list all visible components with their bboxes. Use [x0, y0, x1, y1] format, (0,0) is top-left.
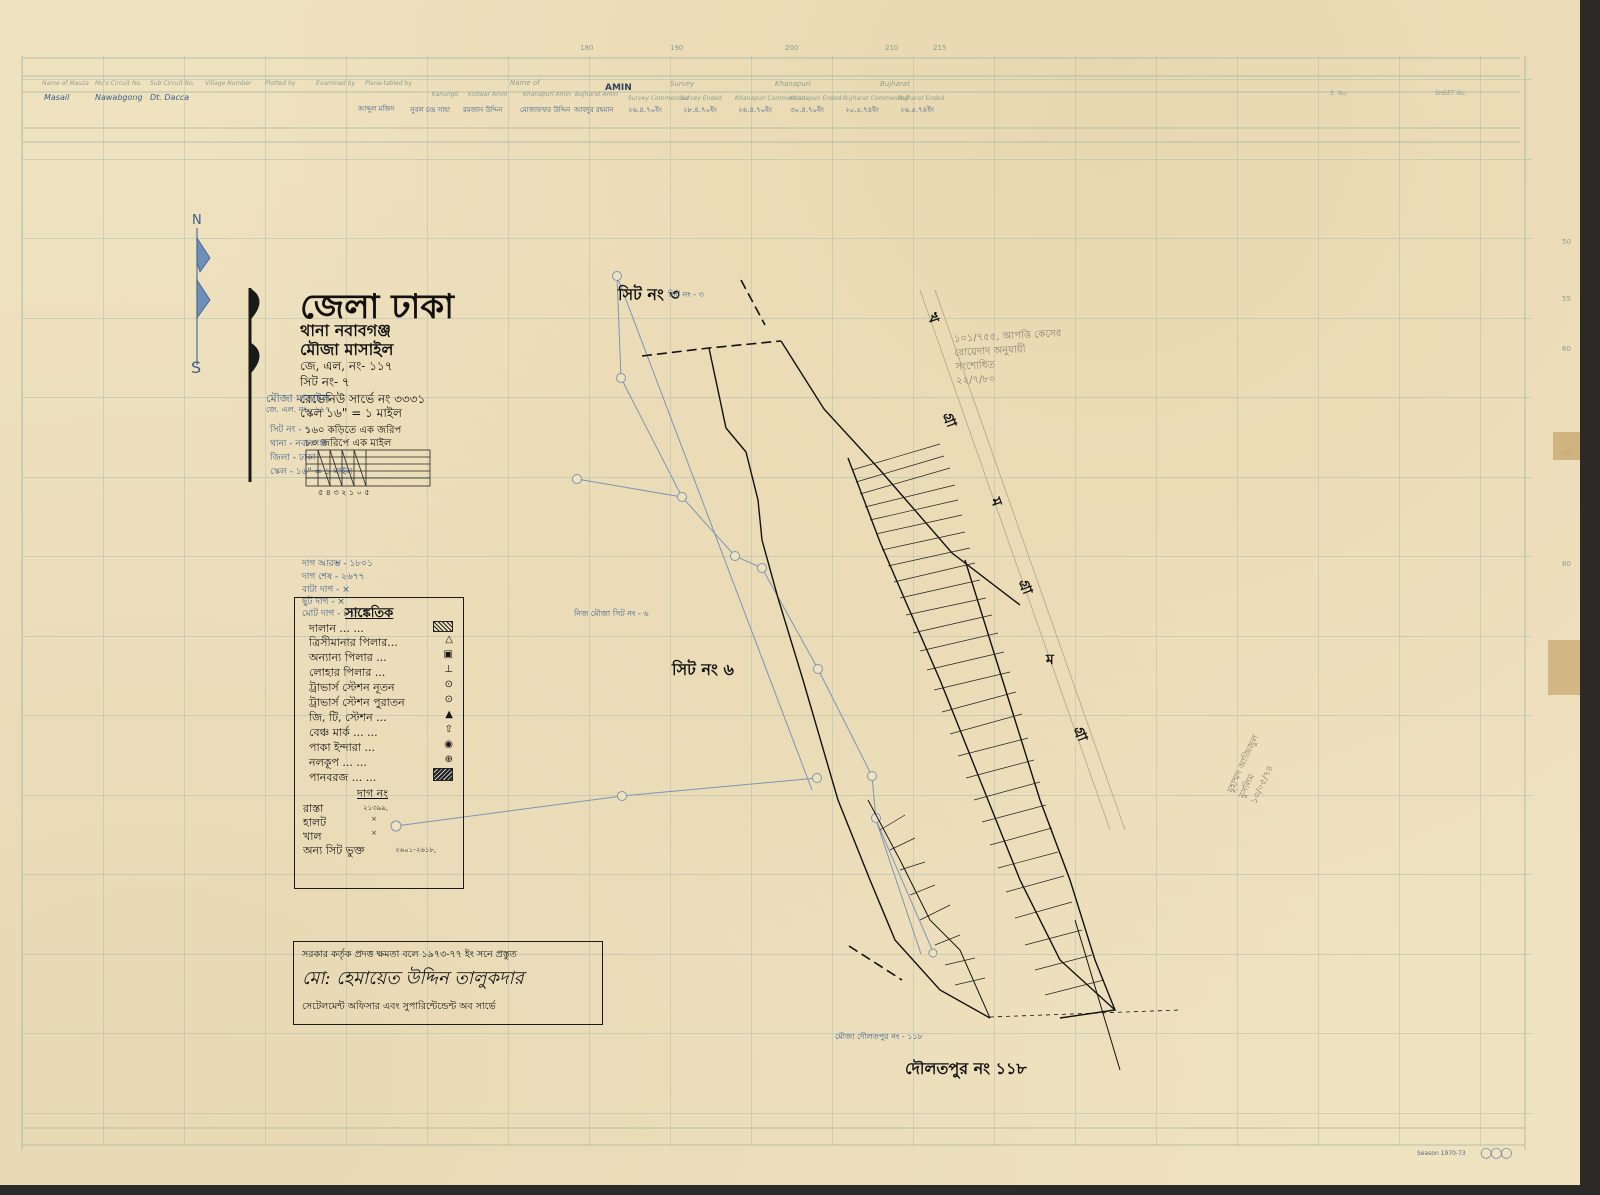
north-label: N	[192, 213, 202, 228]
iron-pillar-icon: ⊥	[444, 664, 453, 675]
bench-mark-icon: ⇧	[445, 724, 453, 735]
betel-garden-hatch-icon	[433, 768, 453, 784]
header-sheet-no: SHEET No.	[1435, 90, 1467, 97]
header-group-survey: Survey	[670, 80, 694, 88]
blue-note-sheet: সিট নং - ৭	[270, 422, 310, 437]
legend-label: পাকা ইন্দারা ...	[309, 741, 375, 754]
legend-label: ত্রিসীমানার পিলার...	[309, 636, 398, 649]
tape-patch	[1548, 640, 1580, 695]
header-bujharat-ended: Bujharat Ended	[898, 95, 944, 102]
header-amin-stamp: AMIN	[605, 83, 632, 93]
east-marker: ম	[1046, 648, 1054, 672]
legend-label: জি, টি, স্টেশন ...	[309, 711, 387, 724]
header-col-khanapuri-amin: Khanapuri Amin	[523, 91, 571, 98]
map-grid	[0, 0, 1580, 1185]
tape-patch	[1553, 432, 1580, 460]
legend-label: অন্যান্য পিলার ...	[309, 651, 387, 664]
header-col-mauza: Name of Mauza	[42, 80, 89, 87]
blue-note-thana: থানা - নবাবগঞ্জ	[270, 436, 327, 451]
value-bujharat-amin: আবদুর রহমান	[574, 104, 613, 116]
header-col-circuit: Mo's Circuit No.	[95, 80, 142, 87]
adjacent-sheet-6-blue: নিজ মৌজা সিট নং - ৬	[574, 608, 649, 621]
value-kistwar: রমজান উদ্দিন	[463, 104, 502, 116]
header-survey-ended: Survey Ended	[680, 95, 722, 102]
legend-label: ট্রাভার্স স্টেশন নূতন	[309, 681, 395, 694]
header-group-khanapuri: Khanapuri	[775, 80, 811, 88]
legend-label: নলকূপ ... ...	[309, 756, 367, 769]
traverse-station-new-icon: ⊙	[445, 679, 453, 690]
legend-box: সাঙ্কেতিক দালান ... ... ত্রিসীমানার পিলা…	[294, 597, 464, 889]
map-sheet: Name of Mauza Mo's Circuit No. Sub Circu…	[0, 0, 1580, 1185]
value-bujharat-commenced: ২০.৫.৭৪ইং	[845, 104, 879, 116]
gt-station-icon: ▲	[445, 709, 453, 720]
square-pillar-icon: ▣	[444, 649, 453, 660]
header-col-plotted: Plotted by	[265, 80, 295, 87]
south-label: S	[191, 358, 201, 377]
legend-label: ট্রাভার্স স্টেশন পুরাতন	[309, 696, 405, 709]
certificate-designation: সেটেলমেন্ট অফিসার এবং সুপারিন্টেন্ডেন্ট …	[302, 1000, 496, 1015]
certificate-line-1: সরকার কর্তৃক প্রদত্ত ক্ষমতা বলে ১৯৭৩-৭৭ …	[302, 948, 517, 963]
margin-number: 80	[1562, 560, 1571, 568]
header-col-village: Village Number	[205, 80, 251, 87]
traverse-station-old-icon: ⊙	[445, 694, 453, 705]
dag-item-other-sheet: অন্য সিট ভুক্ত	[303, 842, 365, 861]
dag-value-other-sheet: ২৬০১-২৬১৮,	[395, 844, 436, 856]
blue-note-jl: জে. এল. নং - ১১৭	[266, 404, 330, 417]
legend-label: পানবরজ ... ...	[309, 771, 376, 784]
top-number: 180	[580, 44, 593, 52]
adjacent-sheet-3-blue: সিট নং - ৩	[668, 289, 704, 302]
header-col-kistwar: Kistwar Amin	[468, 91, 507, 98]
value-khanapuri-ended: ৩০.৪.৭০ইং	[790, 104, 824, 116]
header-col-planetabled: Plane-tabled by	[365, 80, 412, 87]
margin-number: 50	[1562, 238, 1571, 246]
blue-note-district: জিলা - ঢাকা	[270, 450, 316, 465]
value-kanungo: সুবল চন্দ্র সাহা	[410, 104, 450, 116]
dag-label: অন্য সিট ভুক্ত	[303, 844, 365, 857]
header-group-bujharat: Bujharat	[880, 80, 910, 88]
header-col-examined: Examined by	[316, 80, 355, 87]
top-number: 190	[670, 44, 683, 52]
top-number: 215	[933, 44, 946, 52]
value-survey-commenced: ২৬.৪.৭০ইং	[628, 104, 662, 116]
blue-note-scale: স্কেল - ১৬" = ১ মাইল	[270, 464, 353, 479]
season-stamp: Season 1970-73	[1417, 1150, 1466, 1157]
header-s-no: S. No.	[1330, 90, 1348, 97]
header-col-subcircuit: Sub Circuit No.	[150, 80, 195, 87]
value-mauza: Masail	[44, 93, 69, 102]
adjacent-mauza-daulatpur-blue: মৌজা দৌলতপুর নং - ১১৮	[835, 1031, 923, 1044]
tubewell-icon: ⊕	[445, 754, 453, 765]
dag-value-road: ২১৩৯৯,	[363, 802, 388, 814]
value-survey-ended: ২৮.৪.৭০ইং	[683, 104, 717, 116]
value-circuit: Nawabgong	[95, 93, 143, 102]
dag-value-halot: ×	[371, 815, 377, 823]
value-planetabled: আব্দুল মজিদ	[358, 103, 394, 115]
header-khanapuri-ended: Khanapuri Ended	[790, 95, 841, 102]
pencil-correction-note: ১০১/৭৫৫, আপত্তি কেসের রোয়েদাদ অনুযায়ী …	[954, 327, 1064, 389]
legend-label: লোহার পিলার ...	[309, 666, 385, 679]
dag-value-canal: ×	[371, 829, 377, 837]
value-khanapuri-commenced: ২৬.৪.৭০ইং	[738, 104, 772, 116]
top-number: 210	[885, 44, 898, 52]
header-group-name-of: Name of	[510, 79, 540, 87]
certificate-signature: মো: হেমায়েত উদ্দিন তালুকদার	[302, 964, 524, 995]
triangle-pillar-icon: △	[445, 634, 453, 645]
margin-number: 60	[1562, 345, 1571, 353]
legend-label: বেঞ্চ মার্ক ... ...	[309, 726, 378, 739]
scale-bar-ticks: ৫ ৪ ৩ ২ ১ ০ ৫	[318, 487, 370, 500]
margin-number: 55	[1562, 295, 1571, 303]
top-number: 200	[785, 44, 798, 52]
pucca-well-icon: ◉	[444, 739, 453, 750]
building-hatch-icon	[433, 621, 453, 635]
value-bujharat-ended: ২৬.৫.৭৪ইং	[900, 104, 934, 116]
stamp-circles-icon: ○○○	[1480, 1145, 1511, 1161]
value-subcircuit: Dt. Dacca	[150, 93, 189, 102]
adjacent-mauza-daulatpur-label: দৌলতপুর নং ১১৮	[905, 1056, 1027, 1083]
header-col-kanungo: Kanungo	[432, 91, 458, 98]
adjacent-sheet-6-label: সিট নং ৬	[672, 657, 734, 684]
certificate-box: সরকার কর্তৃক প্রদত্ত ক্ষমতা বলে ১৯৭৩-৭৭ …	[293, 941, 603, 1025]
value-khanapuri-amin: মোজাফফর উদ্দিন	[520, 104, 570, 116]
